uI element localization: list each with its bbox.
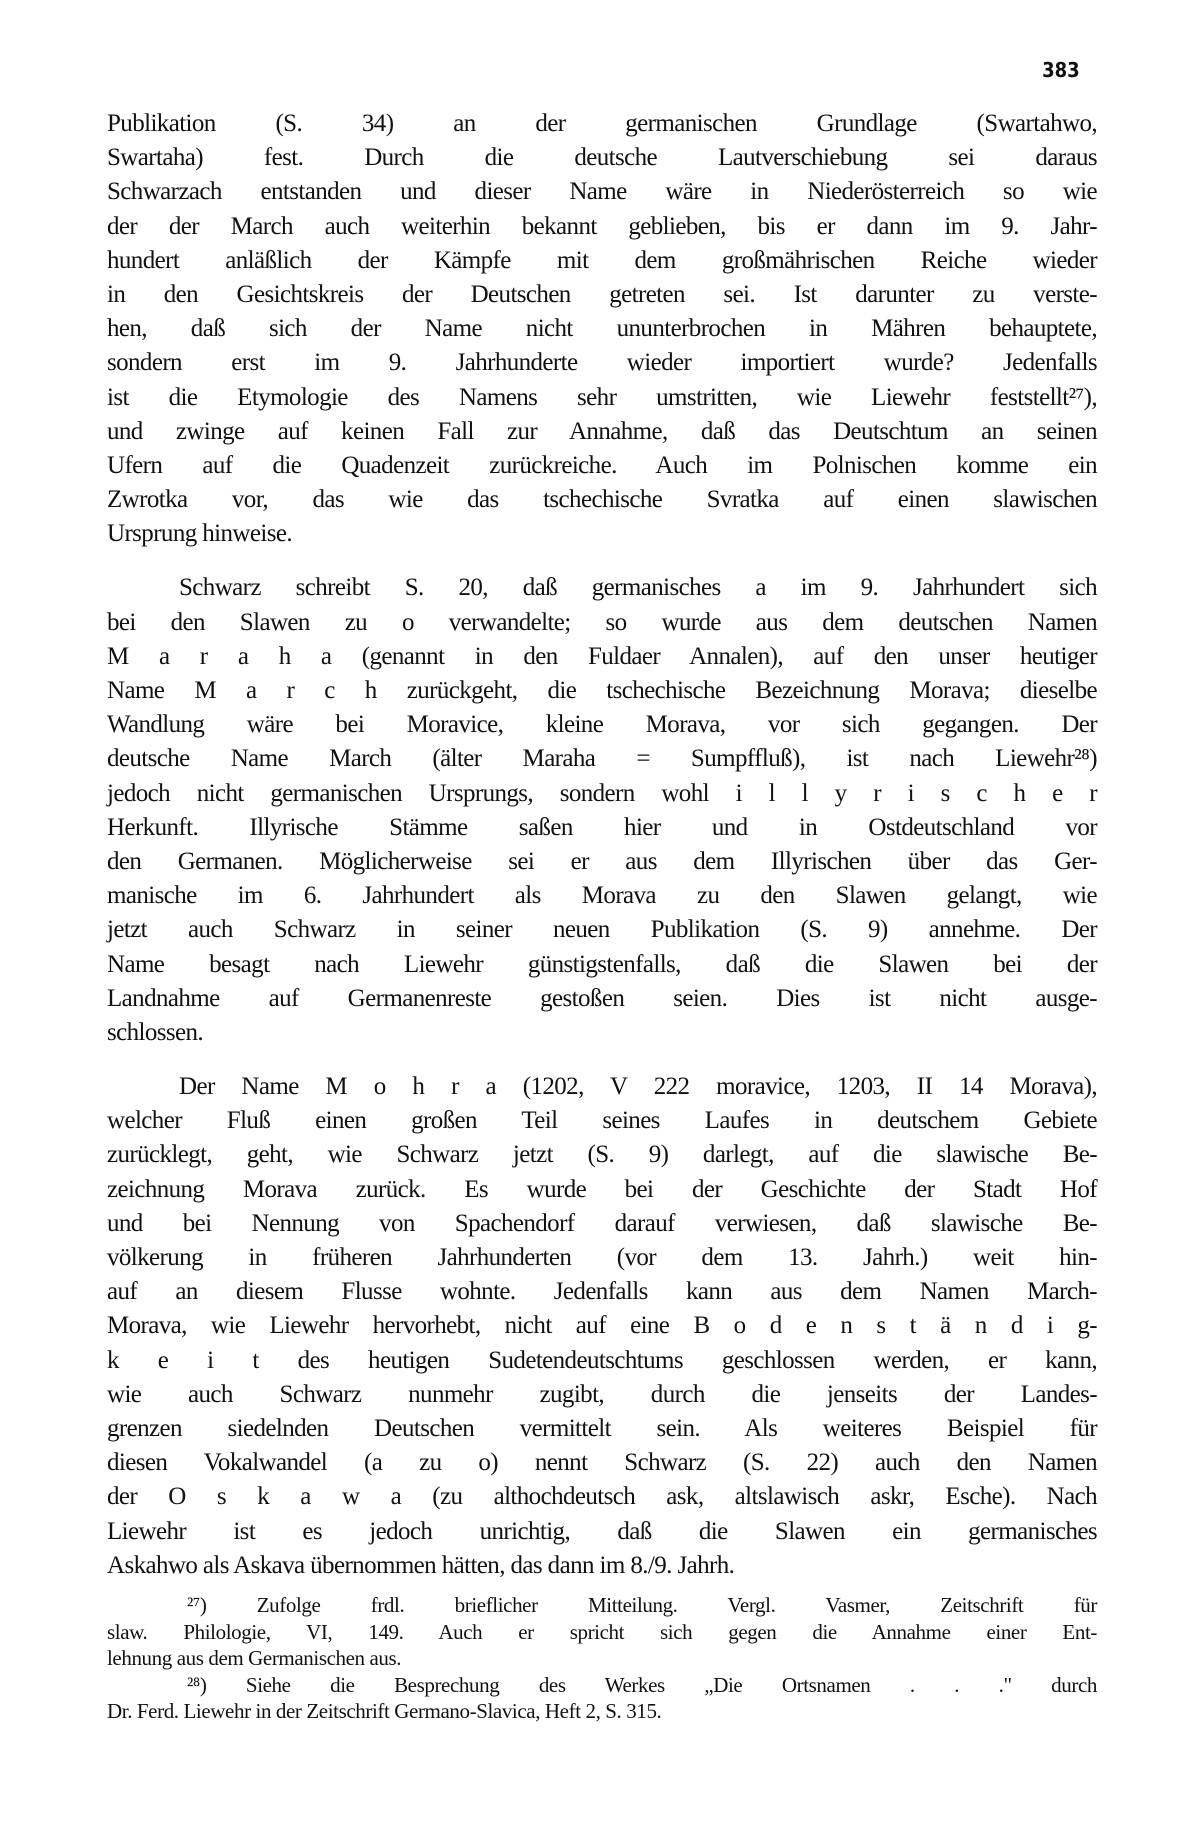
text-line: Herkunft. Illyrische Stämme saßen hier u… <box>107 811 1097 845</box>
text-line: k e i t des heutigen Sudetendeutschtums … <box>107 1344 1097 1378</box>
footnote-line: Dr. Ferd. Liewehr in der Zeitschrift Ger… <box>107 1698 1097 1725</box>
text-line: hundert anläßlich der Kämpfe mit dem gro… <box>107 244 1097 278</box>
text-line: hen, daß sich der Name nicht ununterbroc… <box>107 312 1097 346</box>
text-line: in den Gesichtskreis der Deutschen getre… <box>107 278 1097 312</box>
footnotes: ²⁷) Zufolge frdl. brieflicher Mitteilung… <box>107 1592 1097 1725</box>
text-line: Name M a r c h zurückgeht, die tschechis… <box>107 674 1097 708</box>
text-line: diesen Vokalwandel (a zu o) nennt Schwar… <box>107 1446 1097 1480</box>
text-line: Der Name M o h r a (1202, V 222 moravice… <box>107 1070 1097 1104</box>
text-line: Askahwo als Askava übernommen hätten, da… <box>107 1549 1097 1583</box>
text-line: welcher Fluß einen großen Teil seines La… <box>107 1104 1097 1138</box>
text-line: M a r a h a (genannt in den Fuldaer Anna… <box>107 640 1097 674</box>
text-line: der O s k a w a (zu althochdeutsch ask, … <box>107 1480 1097 1514</box>
text-line: jetzt auch Schwarz in seiner neuen Publi… <box>107 913 1097 947</box>
footnote-line: slaw. Philologie, VI, 149. Auch er spric… <box>107 1619 1097 1646</box>
text-line: Schwarz schreibt S. 20, daß germanisches… <box>107 571 1097 605</box>
text-line: ist die Etymologie des Namens sehr umstr… <box>107 381 1097 415</box>
text-line: manische im 6. Jahrhundert als Morava zu… <box>107 879 1097 913</box>
text-line: Zwrotka vor, das wie das tschechische Sv… <box>107 483 1097 517</box>
text-line: Morava, wie Liewehr hervorhebt, nicht au… <box>107 1309 1097 1343</box>
text-line: wie auch Schwarz nunmehr zugibt, durch d… <box>107 1378 1097 1412</box>
footnote: ²⁷) Zufolge frdl. brieflicher Mitteilung… <box>107 1592 1097 1672</box>
page-number: 383 <box>1042 58 1080 82</box>
text-line: der der March auch weiterhin bekannt geb… <box>107 210 1097 244</box>
paragraph-gap <box>107 551 1097 571</box>
text-line: den Germanen. Möglicherweise sei er aus … <box>107 845 1097 879</box>
text-line: völkerung in früheren Jahrhunderten (vor… <box>107 1241 1097 1275</box>
text-line: zeichnung Morava zurück. Es wurde bei de… <box>107 1173 1097 1207</box>
text-line: sondern erst im 9. Jahrhunderte wieder i… <box>107 346 1097 380</box>
text-line: bei den Slawen zu o verwandelte; so wurd… <box>107 606 1097 640</box>
footnote: ²⁸) Siehe die Besprechung des Werkes „Di… <box>107 1672 1097 1725</box>
footnote-line: ²⁷) Zufolge frdl. brieflicher Mitteilung… <box>107 1592 1097 1619</box>
text-line: Ursprung hinweise. <box>107 517 1097 551</box>
text-line: und bei Nennung von Spachendorf darauf v… <box>107 1207 1097 1241</box>
footnote-line: ²⁸) Siehe die Besprechung des Werkes „Di… <box>107 1672 1097 1699</box>
text-line: schlossen. <box>107 1016 1097 1050</box>
text-line: grenzen siedelnden Deutschen vermittelt … <box>107 1412 1097 1446</box>
text-line: auf an diesem Flusse wohnte. Jedenfalls … <box>107 1275 1097 1309</box>
text-line: Wandlung wäre bei Moravice, kleine Morav… <box>107 708 1097 742</box>
text-line: Ufern auf die Quadenzeit zurückreiche. A… <box>107 449 1097 483</box>
text-line: Name besagt nach Liewehr günstigstenfall… <box>107 948 1097 982</box>
text-line: und zwinge auf keinen Fall zur Annahme, … <box>107 415 1097 449</box>
paragraph-gap <box>107 1050 1097 1070</box>
text-line: Publikation (S. 34) an der germanischen … <box>107 107 1097 141</box>
text-line: zurücklegt, geht, wie Schwarz jetzt (S. … <box>107 1138 1097 1172</box>
body-text: Publikation (S. 34) an der germanischen … <box>107 107 1097 1583</box>
paragraph: Schwarz schreibt S. 20, daß germanisches… <box>107 571 1097 1050</box>
paragraph: Der Name M o h r a (1202, V 222 moravice… <box>107 1070 1097 1583</box>
document-page: 383 Publikation (S. 34) an der germanisc… <box>0 0 1200 1829</box>
text-line: Schwarzach entstanden und dieser Name wä… <box>107 175 1097 209</box>
text-line: jedoch nicht germanischen Ursprungs, son… <box>107 777 1097 811</box>
paragraph: Publikation (S. 34) an der germanischen … <box>107 107 1097 551</box>
footnote-line: lehnung aus dem Germanischen aus. <box>107 1645 1097 1672</box>
text-line: deutsche Name March (älter Maraha = Sump… <box>107 742 1097 776</box>
text-line: Swartaha) fest. Durch die deutsche Lautv… <box>107 141 1097 175</box>
text-line: Landnahme auf Germanenreste gestoßen sei… <box>107 982 1097 1016</box>
text-line: Liewehr ist es jedoch unrichtig, daß die… <box>107 1515 1097 1549</box>
